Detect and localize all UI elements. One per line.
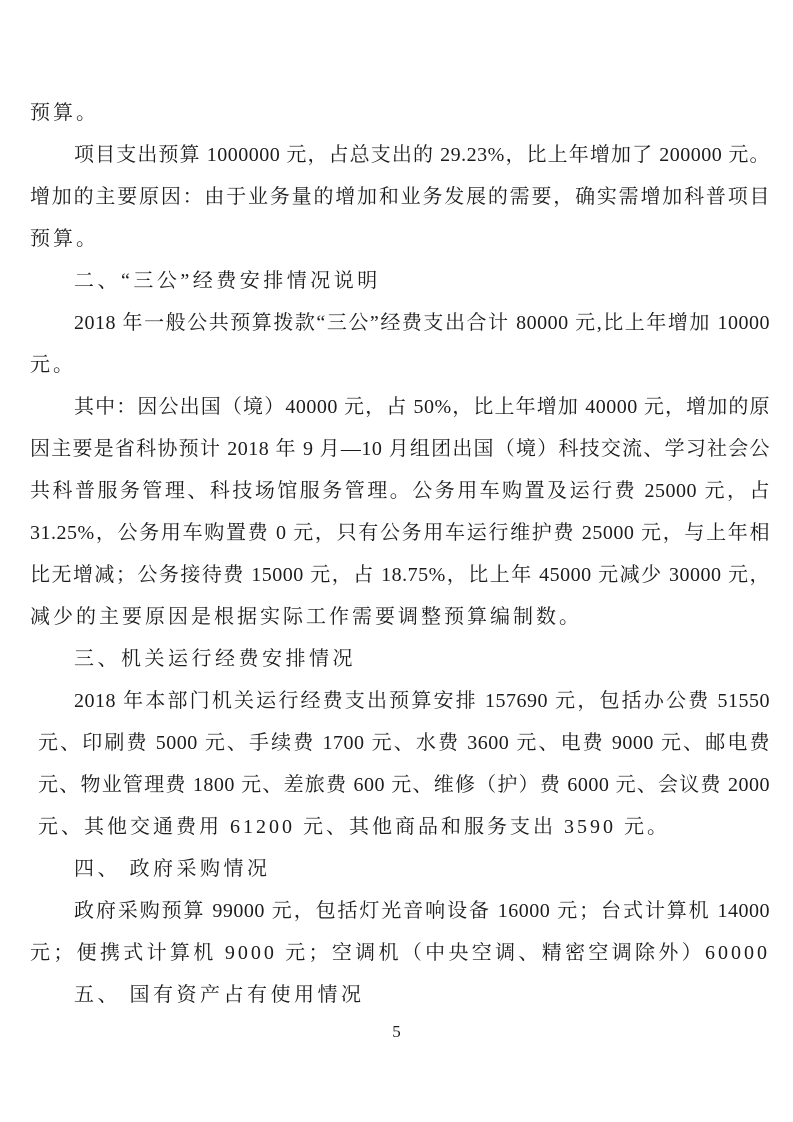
text-line: 共科普服务管理、科技场馆服务管理。公务用车购置及运行费 25000 元，占 xyxy=(30,470,770,512)
text-line: 增加的主要原因：由于业务量的增加和业务发展的需要，确实需增加科普项目 xyxy=(30,176,770,218)
text-line: 政府采购预算 99000 元，包括灯光音响设备 16000 元；台式计算机 14… xyxy=(30,890,770,932)
document-body: 预算。 项目支出预算 1000000 元，占总支出的 29.23%，比上年增加了… xyxy=(30,92,770,1016)
text-line: 31.25%，公务用车购置费 0 元，只有公务用车运行维护费 25000 元，与… xyxy=(30,512,770,554)
text-line: 元。 xyxy=(30,344,770,386)
text-line: 2018 年一般公共预算拨款“三公”经费支出合计 80000 元,比上年增加 1… xyxy=(30,302,770,344)
document-page: 预算。 项目支出预算 1000000 元，占总支出的 29.23%，比上年增加了… xyxy=(0,0,793,1122)
text-line: 预算。 xyxy=(30,218,770,260)
text-line: 因主要是省科协预计 2018 年 9 月—10 月组团出国（境）科技交流、学习社… xyxy=(30,428,770,470)
text-line: 项目支出预算 1000000 元，占总支出的 29.23%，比上年增加了 200… xyxy=(30,134,770,176)
section-heading: 三、机关运行经费安排情况 xyxy=(30,638,770,680)
text-line: 预算。 xyxy=(30,92,770,134)
text-line: 减少的主要原因是根据实际工作需要调整预算编制数。 xyxy=(30,596,770,638)
section-heading: 二、“三公”经费安排情况说明 xyxy=(30,260,770,302)
page-number: 5 xyxy=(0,1022,793,1042)
text-line: 元、物业管理费 1800 元、差旅费 600 元、维修（护）费 6000 元、会… xyxy=(30,764,770,806)
text-line: 元、印刷费 5000 元、手续费 1700 元、水费 3600 元、电费 900… xyxy=(30,722,770,764)
text-line: 元、其他交通费用 61200 元、其他商品和服务支出 3590 元。 xyxy=(30,806,770,848)
text-line: 元；便携式计算机 9000 元；空调机（中央空调、精密空调除外）60000 元。 xyxy=(30,932,770,974)
section-heading: 四、 政府采购情况 xyxy=(30,848,770,890)
text-line: 比无增减；公务接待费 15000 元，占 18.75%，比上年 45000 元减… xyxy=(30,554,770,596)
section-heading: 五、 国有资产占有使用情况 xyxy=(30,974,770,1016)
text-line: 2018 年本部门机关运行经费支出预算安排 157690 元，包括办公费 515… xyxy=(30,680,770,722)
text-line: 其中：因公出国（境）40000 元，占 50%，比上年增加 40000 元，增加… xyxy=(30,386,770,428)
